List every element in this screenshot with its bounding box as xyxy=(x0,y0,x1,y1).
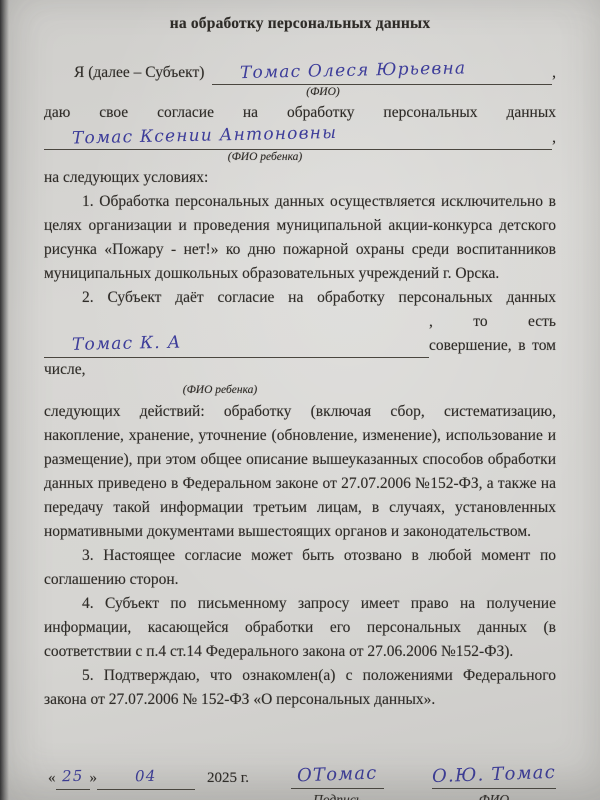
subject-prefix: Я (далее – Субъект) xyxy=(74,61,204,85)
month-field: 04 xyxy=(97,764,195,790)
signature-handwritten: ОТомас xyxy=(297,763,378,787)
child-name-field: Томас Ксении Антоновны xyxy=(44,125,552,150)
document-title: на обработку персональных данных xyxy=(44,12,556,36)
year-text: 2025 г. xyxy=(207,766,249,790)
date-row: «25»042025 г. xyxy=(48,764,249,790)
signature-label: Подпись xyxy=(291,791,384,800)
clause-2-name-handwritten: Томас К. А xyxy=(44,333,182,356)
open-quote: « xyxy=(48,766,56,790)
clause-4: 4. Субъект по письменному запросу имеет … xyxy=(44,592,556,664)
subject-name-field: Томас Олеся Юрьевна xyxy=(212,60,552,85)
name-label: ФИО xyxy=(432,791,556,800)
date-group: «25»042025 г. xyxy=(48,764,249,790)
child-name-handwritten: Томас Ксении Антоновны xyxy=(44,123,338,149)
clause-2-fio-label: (ФИО ребенка) xyxy=(0,383,476,397)
clause-5: 5. Подтверждаю, что ознакомлен(а) с поло… xyxy=(44,664,556,712)
subject-comma: , xyxy=(552,61,556,85)
clause-2-name-field: Томас К. А xyxy=(44,333,429,358)
fio-label: (ФИО) xyxy=(67,85,579,99)
consent-statement: даю свое согласие на обработку персональ… xyxy=(44,101,556,125)
subject-name-handwritten: Томас Олеся Юрьевна xyxy=(212,58,467,83)
child-comma: , xyxy=(552,126,556,150)
signature-footer: «25»042025 г. ОТомас Подпись О.Ю. Томас … xyxy=(44,764,556,800)
child-name-line: Томас Ксении Антоновны , xyxy=(44,125,556,150)
clause-1: 1. Обработка персональных данных осущест… xyxy=(44,190,556,286)
clause-2-lead: 2. Субъект даёт согласие на обработку пе… xyxy=(44,286,556,310)
conditions-intro: на следующих условиях: xyxy=(44,166,556,190)
day-field: 25 xyxy=(56,764,90,790)
day-handwritten: 25 xyxy=(62,764,84,788)
clause-3: 3. Настоящее согласие может быть отозван… xyxy=(44,544,556,592)
signature-field: ОТомас xyxy=(291,764,384,789)
name-group: О.Ю. Томас ФИО xyxy=(432,764,556,800)
month-handwritten: 04 xyxy=(135,764,157,788)
name-handwritten: О.Ю. Томас xyxy=(432,762,557,787)
signature-group: ОТомас Подпись xyxy=(291,764,384,800)
consent-document: на обработку персональных данных Я (дале… xyxy=(0,0,600,800)
subject-line: Я (далее – Субъект) Томас Олеся Юрьевна … xyxy=(44,60,556,85)
clause-2-wrap: числе, xyxy=(44,358,556,382)
name-field: О.Ю. Томас xyxy=(432,764,556,789)
clause-2-body: следующих действий: обработку (включая с… xyxy=(44,400,556,544)
clause-2-after: , то есть совершение, в том xyxy=(429,310,556,358)
close-quote: » xyxy=(90,766,98,790)
child-fio-label: (ФИО ребенка) xyxy=(9,150,521,164)
clause-2-fill-line: Томас К. А , то есть совершение, в том xyxy=(44,310,556,358)
